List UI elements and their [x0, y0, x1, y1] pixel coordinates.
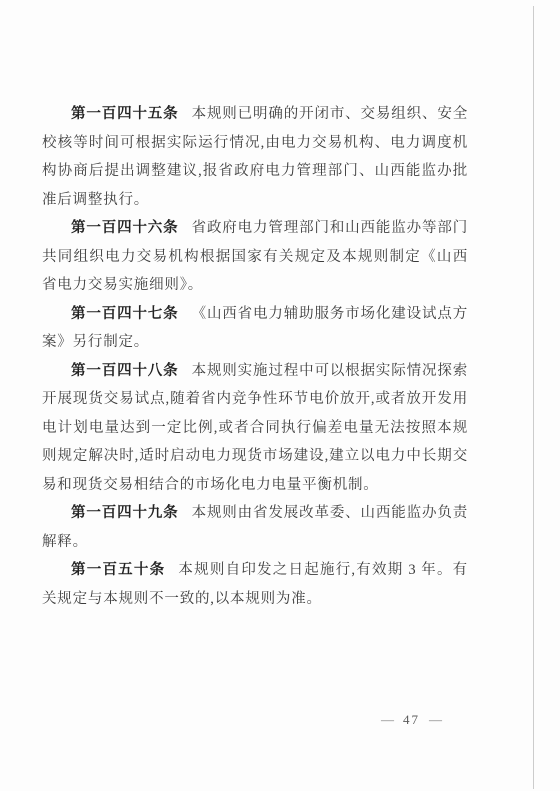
article-number: 第一百四十六条 [71, 220, 179, 236]
article-paragraph: 第一百四十七条《山西省电力辅助服务市场化建设试点方案》另行制定。 [42, 300, 468, 357]
article-paragraph: 第一百四十六条省政府电力管理部门和山西能监办等部门共同组织电力交易机构根据国家有… [42, 214, 468, 300]
article-number: 第一百四十五条 [71, 106, 179, 122]
page-number-footer: —47— [381, 712, 442, 728]
document-content: 第一百四十五条本规则已明确的开闭市、交易组织、安全校核等时间可根据实际运行情况,… [42, 100, 468, 613]
scan-artifact-line [533, 6, 534, 789]
article-number: 第一百四十七条 [71, 306, 179, 322]
article-number: 第一百四十九条 [71, 505, 179, 521]
footer-left-dash: — [381, 712, 394, 727]
scanned-document-page: 第一百四十五条本规则已明确的开闭市、交易组织、安全校核等时间可根据实际运行情况,… [0, 0, 560, 791]
article-paragraph: 第一百四十九条本规则由省发展改革委、山西能监办负责解释。 [42, 499, 468, 556]
article-paragraph: 第一百四十八条本规则实施过程中可以根据实际情况探索开展现货交易试点,随着省内竞争… [42, 357, 468, 500]
page-number: 47 [403, 712, 420, 727]
article-paragraph: 第一百五十条本规则自印发之日起施行,有效期 3 年。有关规定与本规则不一致的,以… [42, 556, 468, 613]
article-number: 第一百五十条 [71, 562, 165, 578]
footer-right-dash: — [429, 712, 442, 727]
article-number: 第一百四十八条 [71, 363, 179, 379]
article-text: 本规则实施过程中可以根据实际情况探索开展现货交易试点,随着省内竞争性环节电价放开… [42, 363, 468, 493]
article-paragraph: 第一百四十五条本规则已明确的开闭市、交易组织、安全校核等时间可根据实际运行情况,… [42, 100, 468, 214]
